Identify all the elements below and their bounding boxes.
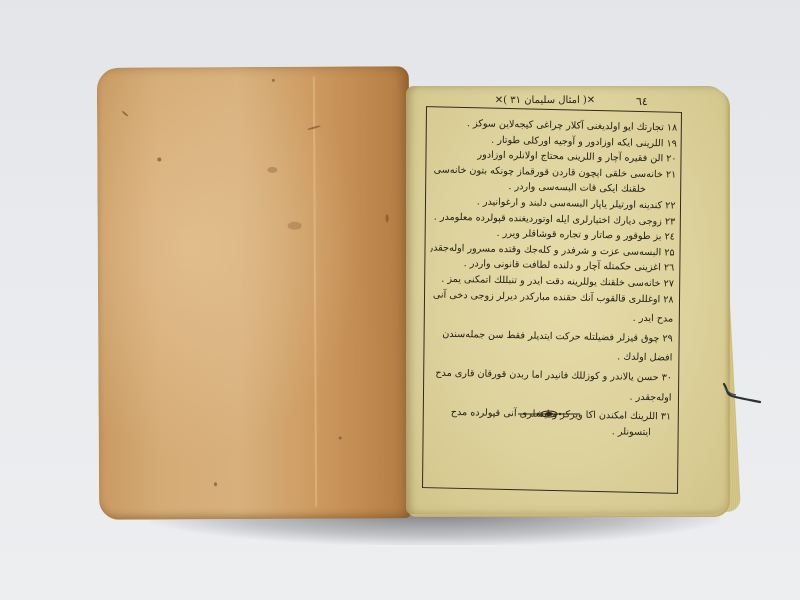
paper-speck: [214, 482, 217, 486]
binding-thread: [722, 380, 762, 406]
running-head: ✕( امثال سلیمان ۳۱ )✕: [470, 95, 620, 106]
paper-speck: [339, 437, 342, 440]
paper-speck: [121, 110, 128, 117]
paper-speck: [386, 214, 389, 222]
paper-speck: [272, 79, 275, 82]
verse-line: ۲۹ چوق قیزلر فضیلتله حركت ایتدیلر فقط سن…: [429, 326, 673, 347]
verse-line: مدح ایدر .: [429, 307, 673, 328]
page-number: ٦٤: [636, 95, 648, 108]
left-page-blank: [97, 66, 411, 520]
verse-text-block: ۱۸ تجارتك ایو اولدیغنی آكلار چراغی كیجه‌…: [427, 115, 678, 440]
ornament-divider-icon: [518, 410, 580, 418]
paper-stain: [267, 167, 277, 173]
verse-line: ۳۰ حسن یالاندر و كوزللك فانیدر اما ربدن …: [428, 365, 672, 386]
paper-speck: [157, 157, 161, 161]
paper-stain: [288, 222, 302, 230]
verse-line: اوله‌جقدر .: [427, 385, 671, 406]
verse-line: افضل اولدك .: [428, 346, 672, 367]
paper-crease: [313, 77, 317, 507]
